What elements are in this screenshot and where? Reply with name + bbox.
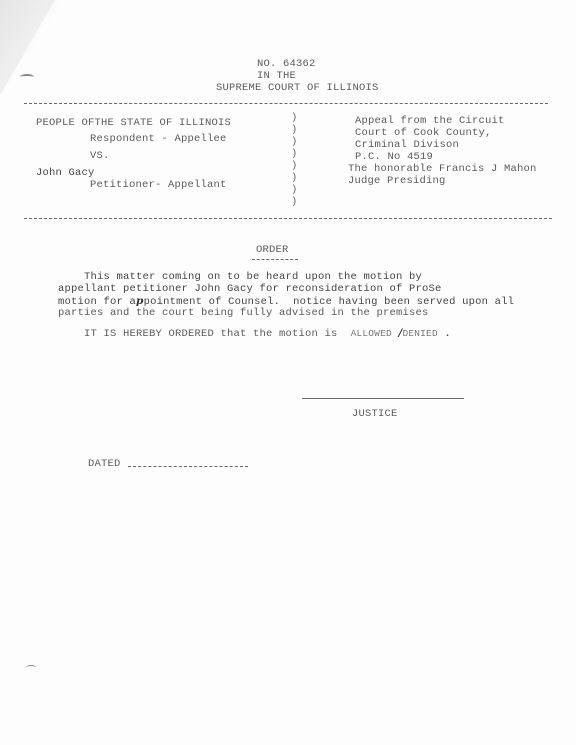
document-page: NO. 64362 IN THE SUPREME COURT OF ILLINO…	[0, 0, 576, 745]
appeal-line-1: Appeal from the Circuit	[355, 115, 505, 127]
paper-mark	[20, 74, 34, 80]
defendant-role: Petitioner- Appellant	[90, 179, 227, 191]
plaintiff-role: Respondent - Appellee	[90, 133, 227, 145]
court-name: SUPREME COURT OF ILLINOIS	[216, 82, 379, 94]
handwritten-correction: p	[136, 295, 144, 307]
header-in-the: IN THE	[257, 70, 296, 82]
signature-line	[302, 398, 464, 399]
paper-mark	[26, 665, 36, 670]
ordered-line: IT IS HEREBY ORDERED that the motion is …	[84, 327, 451, 340]
dated-line	[128, 466, 248, 467]
justice-label: JUSTICE	[352, 408, 398, 420]
ordered-value-allowed: ALLOWED	[351, 328, 392, 339]
caption-top-rule	[24, 103, 548, 104]
order-para-line-1: This matter coming on to be heard upon t…	[84, 271, 422, 283]
case-pc-number: P.C. No 4519	[355, 151, 433, 163]
order-title-underline	[252, 259, 298, 260]
order-para-line-2: appellant petitioner John Gacy for recon…	[58, 283, 442, 295]
versus: VS.	[90, 150, 110, 162]
order-title: ORDER	[256, 244, 289, 256]
appeal-line-2: Court of Cook County,	[355, 127, 492, 139]
ordered-value-denied: DENIED	[402, 328, 437, 339]
ordered-text: IT IS HEREBY ORDERED that the motion is	[84, 328, 338, 340]
order-para-line-4: parties and the court being fully advise…	[58, 307, 429, 319]
appeal-line-3: Criminal Divison	[355, 139, 459, 151]
case-number: NO. 64362	[257, 58, 316, 70]
defendant-name: John Gacy	[36, 167, 95, 179]
judge-name: The honorable Francis J Mahon	[348, 163, 537, 175]
plaintiff-name: PEOPLE OFTHE STATE OF ILLINOIS	[36, 117, 231, 129]
corner-shadow	[0, 0, 62, 100]
caption-bottom-rule	[24, 218, 552, 219]
judge-title: Judge Presiding	[348, 175, 446, 187]
ordered-end: .	[444, 328, 451, 340]
caption-brace: ) ) ) ) ) ) ) )	[291, 112, 298, 208]
dated-label: DATED	[88, 458, 121, 470]
